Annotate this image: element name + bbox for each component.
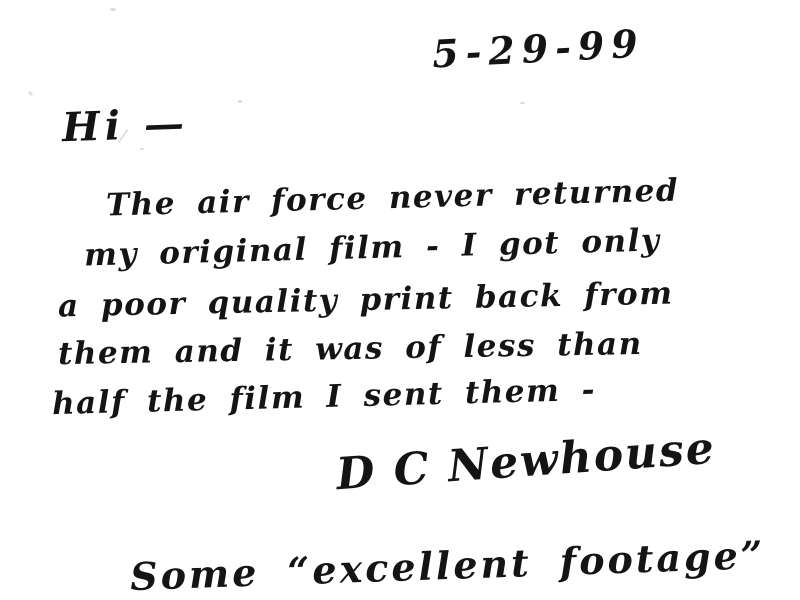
body-line-5: half the film I sent them -: [52, 373, 597, 421]
body-line-3: a poor quality print back from: [58, 277, 674, 324]
scan-artifact: [140, 148, 144, 150]
scan-artifact: [238, 100, 242, 103]
scanned-letter-page: 5-29-99 Hi — The air force never returne…: [0, 0, 800, 600]
body-line-4: them and it was of less than: [58, 327, 643, 371]
body-line-1: The air force never returned: [106, 174, 680, 223]
scan-artifact: [110, 8, 116, 11]
letter-date: 5-29-99: [431, 22, 646, 75]
scan-artifact: [520, 102, 525, 104]
body-line-2: my original film - I got only: [84, 223, 661, 272]
postscript-note: Some “excellent footage”: [129, 534, 766, 598]
signature: D C Newhouse: [335, 425, 717, 500]
letter-greeting: Hi —: [61, 102, 189, 150]
scan-artifact: [28, 91, 34, 97]
